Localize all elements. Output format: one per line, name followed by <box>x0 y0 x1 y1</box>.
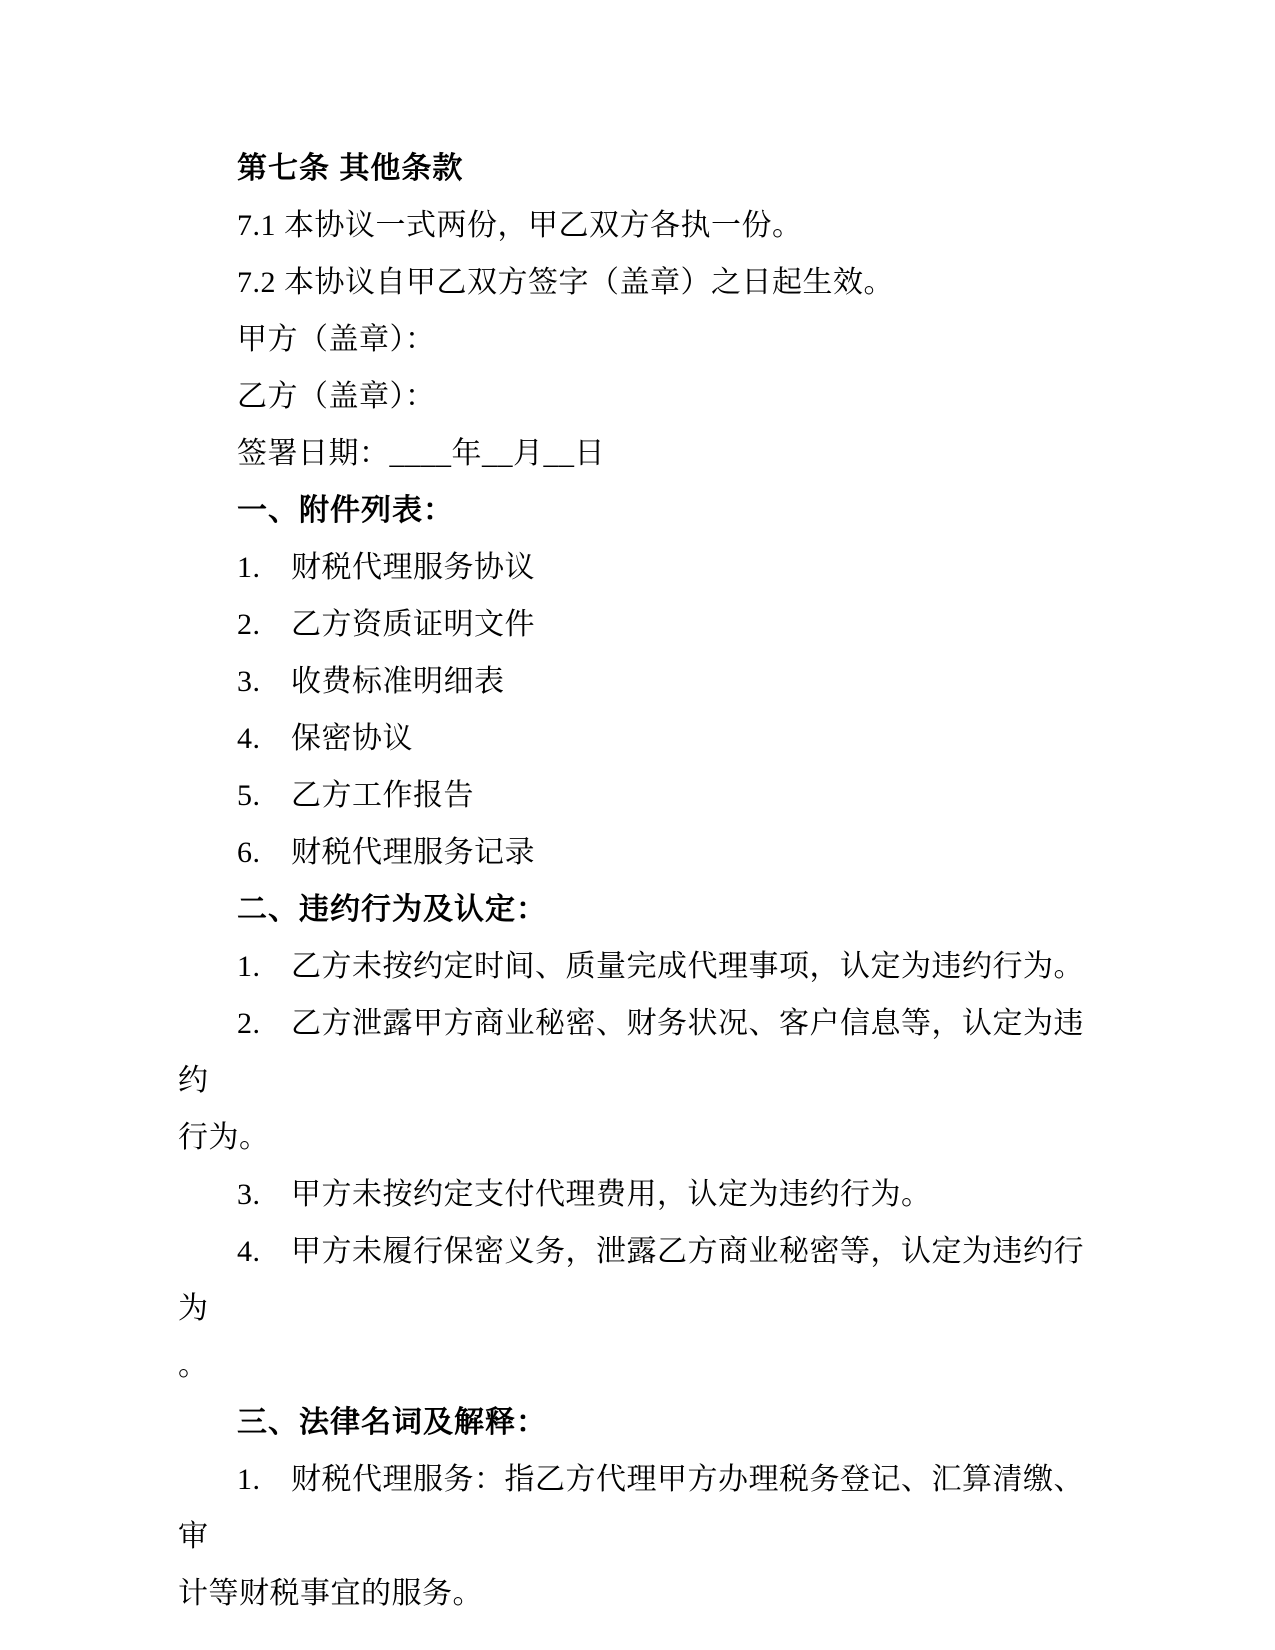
document-body: 第七条 其他条款7.1 本协议一式两份，甲乙双方各执一份。7.2 本协议自甲乙双… <box>178 140 1099 1622</box>
document-text-line: 6. 财税代理服务记录 <box>178 824 1099 881</box>
document-text-line: 5. 乙方工作报告 <box>178 767 1099 824</box>
document-text-line: 3. 收费标准明细表 <box>178 653 1099 710</box>
document-heading-line: 第七条 其他条款 <box>178 140 1099 197</box>
document-text-line: 行为。 <box>178 1109 1099 1166</box>
document-text-line: 2. 乙方资质证明文件 <box>178 596 1099 653</box>
document-text-line: 4. 保密协议 <box>178 710 1099 767</box>
document-text-line: 计等财税事宜的服务。 <box>178 1565 1099 1622</box>
document-text-line: 1. 财税代理服务：指乙方代理甲方办理税务登记、汇算清缴、审 <box>178 1451 1099 1565</box>
contract-document-page: 第七条 其他条款7.1 本协议一式两份，甲乙双方各执一份。7.2 本协议自甲乙双… <box>0 0 1275 1650</box>
document-text-line: 7.1 本协议一式两份，甲乙双方各执一份。 <box>178 197 1099 254</box>
document-heading-line: 二、违约行为及认定： <box>178 881 1099 938</box>
document-text-line: 1. 财税代理服务协议 <box>178 539 1099 596</box>
document-text-line: 2. 乙方泄露甲方商业秘密、财务状况、客户信息等，认定为违约 <box>178 995 1099 1109</box>
document-text-line: 4. 甲方未履行保密义务，泄露乙方商业秘密等，认定为违约行为 <box>178 1223 1099 1337</box>
document-text-line: 签署日期：____年__月__日 <box>178 425 1099 482</box>
document-text-line: 7.2 本协议自甲乙双方签字（盖章）之日起生效。 <box>178 254 1099 311</box>
document-text-line: 乙方（盖章）： <box>178 368 1099 425</box>
document-text-line: 甲方（盖章）： <box>178 311 1099 368</box>
document-heading-line: 一、附件列表： <box>178 482 1099 539</box>
document-text-line: 。 <box>178 1337 1099 1394</box>
document-text-line: 1. 乙方未按约定时间、质量完成代理事项，认定为违约行为。 <box>178 938 1099 995</box>
document-text-line: 3. 甲方未按约定支付代理费用，认定为违约行为。 <box>178 1166 1099 1223</box>
document-heading-line: 三、法律名词及解释： <box>178 1394 1099 1451</box>
